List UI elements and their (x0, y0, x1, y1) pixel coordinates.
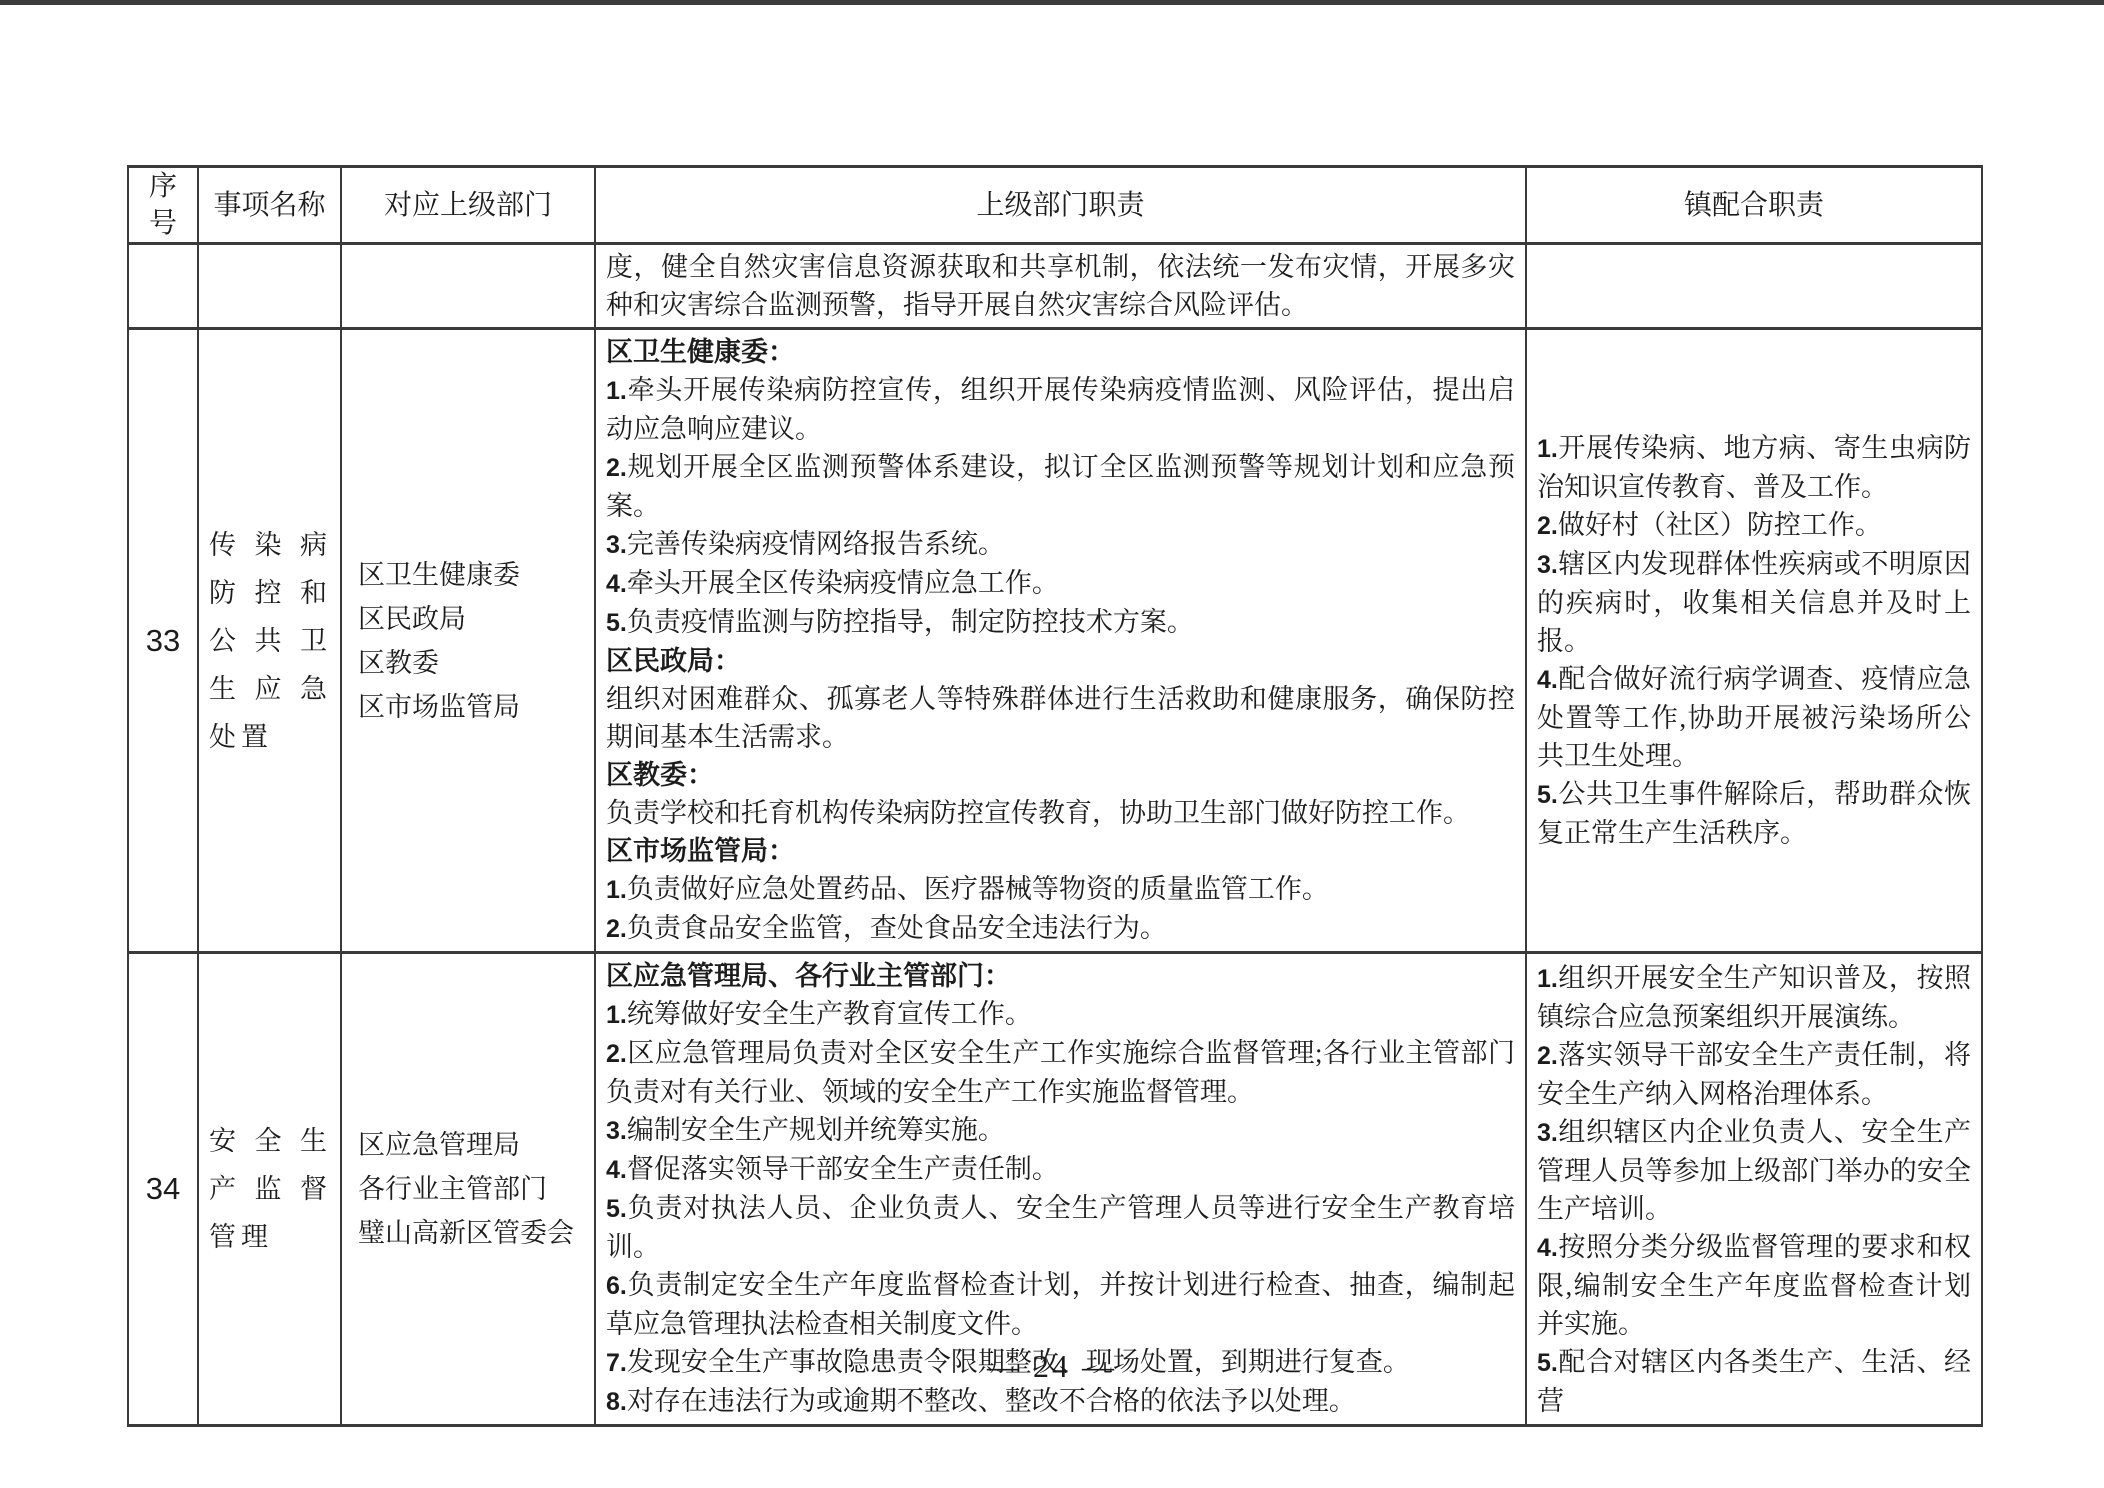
item-number: 3. (606, 1117, 627, 1145)
department-name: 区卫生健康委 (358, 553, 586, 597)
duty-paragraph: 1.统筹做好安全生产教育宣传工作。 (606, 995, 1515, 1034)
item-number: 1. (1537, 435, 1558, 463)
department-name: 璧山高新区管委会 (358, 1211, 586, 1255)
duty-paragraph: 度，健全自然灾害信息资源获取和共享机制，依法统一发布灾情，开展多灾种和灾害综合监… (606, 248, 1515, 324)
item-number: 2. (606, 454, 627, 482)
department-heading: 区教委： (606, 756, 1515, 794)
item-number: 5. (606, 609, 627, 637)
item-number: 1. (606, 377, 627, 405)
item-number: 6. (606, 1272, 627, 1300)
duty-paragraph: 3.完善传染病疫情网络报告系统。 (606, 525, 1515, 564)
page-number: — 24 — (0, 1348, 2104, 1385)
item-number: 2. (606, 1040, 627, 1068)
item-number: 4. (1537, 1234, 1558, 1262)
item-number: 4. (606, 1156, 627, 1184)
item-number: 4. (606, 570, 627, 598)
town-duties-cell: 1.开展传染病、地方病、寄生虫病防治知识宣传教育、普及工作。2.做好村（社区）防… (1526, 329, 1982, 953)
duty-paragraph: 1.牵头开展传染病防控宣传，组织开展传染病疫情监测、风险评估，提出启动应急响应建… (606, 371, 1515, 448)
superior-duties-cell: 区卫生健康委：1.牵头开展传染病防控宣传，组织开展传染病疫情监测、风险评估，提出… (595, 329, 1526, 953)
item-number: 5. (606, 1195, 627, 1223)
town-duties-cell (1526, 244, 1982, 329)
duty-paragraph: 4.牵头开展全区传染病疫情应急工作。 (606, 564, 1515, 603)
department-heading: 区应急管理局、各行业主管部门： (606, 957, 1515, 995)
duties-table: 序号事项名称对应上级部门上级部门职责镇配合职责 度，健全自然灾害信息资源获取和共… (127, 165, 1983, 1427)
superior-duties-cell: 度，健全自然灾害信息资源获取和共享机制，依法统一发布灾情，开展多灾种和灾害综合监… (595, 244, 1526, 329)
item-number: 4. (1537, 666, 1558, 694)
duty-paragraph: 8.对存在违法行为或逾期不整改、整改不合格的依法予以处理。 (606, 1382, 1515, 1421)
department-name: 各行业主管部门 (358, 1167, 586, 1211)
superior-departments-cell (341, 244, 595, 329)
column-header-3: 上级部门职责 (595, 167, 1526, 244)
item-number: 2. (1537, 512, 1558, 540)
duty-paragraph: 3.编制安全生产规划并统筹实施。 (606, 1111, 1515, 1150)
duty-paragraph: 3.辖区内发现群体性疾病或不明原因的疾病时，收集相关信息并及时上报。 (1537, 545, 1971, 660)
item-number: 8. (606, 1388, 627, 1416)
duty-paragraph: 3.组织辖区内企业负责人、安全生产管理人员等参加上级部门举办的安全生产培训。 (1537, 1113, 1971, 1228)
serial-number-cell: 33 (128, 329, 198, 953)
document-page: { "document": { "footer_page_label": "— … (0, 0, 2104, 1488)
column-header-4: 镇配合职责 (1526, 167, 1982, 244)
item-name-cell: 传染病防控和公共卫生应急处置 (198, 329, 341, 953)
department-heading: 区民政局： (606, 642, 1515, 680)
duty-paragraph: 1.开展传染病、地方病、寄生虫病防治知识宣传教育、普及工作。 (1537, 429, 1971, 506)
department-name: 区市场监管局 (358, 685, 586, 729)
duty-paragraph: 2.做好村（社区）防控工作。 (1537, 506, 1971, 545)
duty-paragraph: 4.配合做好流行病学调查、疫情应急处置等工作,协助开展被污染场所公共卫生处理。 (1537, 660, 1971, 775)
column-header-1: 事项名称 (198, 167, 341, 244)
column-header-0: 序号 (128, 167, 198, 244)
table-body: 度，健全自然灾害信息资源获取和共享机制，依法统一发布灾情，开展多灾种和灾害综合监… (128, 244, 1982, 1426)
duty-paragraph: 1.组织开展安全生产知识普及，按照镇综合应急预案组织开展演练。 (1537, 959, 1971, 1036)
scan-top-edge-bar (0, 0, 2104, 5)
item-number: 2. (606, 915, 627, 943)
column-header-2: 对应上级部门 (341, 167, 595, 244)
header-row: 序号事项名称对应上级部门上级部门职责镇配合职责 (128, 167, 1982, 244)
duty-paragraph: 2.负责食品安全监管，查处食品安全违法行为。 (606, 909, 1515, 948)
duty-paragraph: 组织对困难群众、孤寡老人等特殊群体进行生活救助和健康服务，确保防控期间基本生活需… (606, 680, 1515, 756)
superior-departments-cell: 区卫生健康委区民政局区教委区市场监管局 (341, 329, 595, 953)
serial-number-cell (128, 244, 198, 329)
department-name: 区教委 (358, 641, 586, 685)
item-number: 1. (606, 1001, 627, 1029)
item-number: 3. (606, 531, 627, 559)
department-heading: 区卫生健康委： (606, 333, 1515, 371)
duty-paragraph: 5.负责疫情监测与防控指导，制定防控技术方案。 (606, 603, 1515, 642)
duty-paragraph: 2.区应急管理局负责对全区安全生产工作实施综合监督管理;各行业主管部门负责对有关… (606, 1034, 1515, 1111)
duty-paragraph: 4.督促落实领导干部安全生产责任制。 (606, 1150, 1515, 1189)
item-number: 3. (1537, 551, 1558, 579)
duty-paragraph: 2.规划开展全区监测预警体系建设，拟订全区监测预警等规划计划和应急预案。 (606, 448, 1515, 525)
item-number: 2. (1537, 1042, 1558, 1070)
duty-paragraph: 5.公共卫生事件解除后，帮助群众恢复正常生产生活秩序。 (1537, 775, 1971, 852)
item-number: 3. (1537, 1119, 1558, 1147)
department-name: 区应急管理局 (358, 1123, 586, 1167)
table-row: 度，健全自然灾害信息资源获取和共享机制，依法统一发布灾情，开展多灾种和灾害综合监… (128, 244, 1982, 329)
duty-paragraph: 负责学校和托育机构传染病防控宣传教育，协助卫生部门做好防控工作。 (606, 794, 1515, 832)
item-number: 1. (606, 876, 627, 904)
table-header: 序号事项名称对应上级部门上级部门职责镇配合职责 (128, 167, 1982, 244)
duty-paragraph: 2.落实领导干部安全生产责任制，将安全生产纳入网格治理体系。 (1537, 1036, 1971, 1113)
department-name: 区民政局 (358, 597, 586, 641)
item-number: 5. (1537, 781, 1558, 809)
table-row: 33传染病防控和公共卫生应急处置区卫生健康委区民政局区教委区市场监管局区卫生健康… (128, 329, 1982, 953)
department-heading: 区市场监管局： (606, 832, 1515, 870)
duty-paragraph: 4.按照分类分级监督管理的要求和权限,编制安全生产年度监督检查计划并实施。 (1537, 1228, 1971, 1343)
duty-paragraph: 1.负责做好应急处置药品、医疗器械等物资的质量监管工作。 (606, 870, 1515, 909)
item-number: 1. (1537, 965, 1558, 993)
duty-paragraph: 5.负责对执法人员、企业负责人、安全生产管理人员等进行安全生产教育培训。 (606, 1189, 1515, 1266)
duty-paragraph: 6.负责制定安全生产年度监督检查计划，并按计划进行检查、抽查，编制起草应急管理执… (606, 1266, 1515, 1343)
item-name-cell (198, 244, 341, 329)
